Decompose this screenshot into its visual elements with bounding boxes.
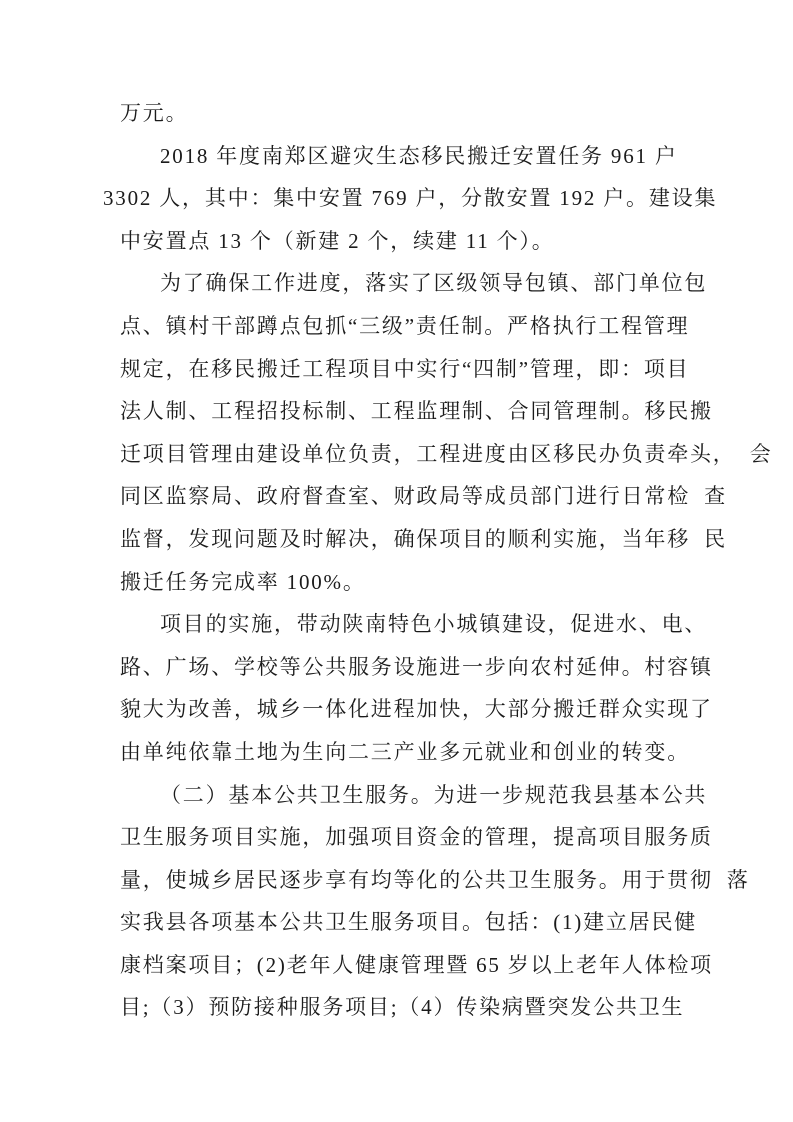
text-line: 中安置点 13 个（新建 2 个，续建 11 个）。 bbox=[120, 220, 793, 263]
text-line: 由单纯依靠土地为生向二三产业多元就业和创业的转变。 bbox=[120, 731, 793, 774]
text-line: 为了确保工作进度，落实了区级领导包镇、部门单位包 bbox=[160, 262, 793, 305]
text-line: 量，使城乡居民逐步享有均等化的公共卫生服务。用于贯彻 落 bbox=[120, 859, 793, 902]
text-line: 卫生服务项目实施，加强项目资金的管理，提高项目服务质 bbox=[120, 816, 793, 859]
text-line: 点、镇村干部蹲点包抓“三级”责任制。严格执行工程管理 bbox=[120, 305, 793, 348]
document-page: 万元。 2018 年度南郑区避灾生态移民搬迁安置任务 961 户 3302 人，… bbox=[0, 0, 793, 1122]
text-line: 监督，发现问题及时解决，确保项目的顺利实施，当年移 民 bbox=[120, 518, 793, 561]
text-line: 万元。 bbox=[120, 92, 793, 135]
text-line: 规定，在移民搬迁工程项目中实行“四制”管理，即：项目 bbox=[120, 348, 793, 391]
text-line: 法人制、工程招投标制、工程监理制、合同管理制。移民搬 bbox=[120, 390, 793, 433]
text-line: 实我县各项基本公共卫生服务项目。包括：(1)建立居民健 bbox=[120, 901, 793, 944]
text-line: 目;（3）预防接种服务项目;（4）传染病暨突发公共卫生 bbox=[120, 986, 793, 1029]
text-line: 2018 年度南郑区避灾生态移民搬迁安置任务 961 户 bbox=[160, 135, 793, 178]
text-line: 搬迁任务完成率 100%。 bbox=[120, 561, 793, 604]
text-line: 3302 人，其中：集中安置 769 户，分散安置 192 户。建设集 bbox=[103, 177, 793, 220]
text-line: 康档案项目；(2)老年人健康管理暨 65 岁以上老年人体检项 bbox=[120, 944, 793, 987]
text-line: 貌大为改善，城乡一体化进程加快，大部分搬迁群众实现了 bbox=[120, 688, 793, 731]
text-line: 项目的实施，带动陕南特色小城镇建设，促进水、电、 bbox=[160, 603, 793, 646]
text-line: 路、广场、学校等公共服务设施进一步向农村延伸。村容镇 bbox=[120, 646, 793, 689]
text-line: 迁项目管理由建设单位负责，工程进度由区移民办负责牵头， 会 bbox=[120, 433, 793, 476]
text-line: （二）基本公共卫生服务。为进一步规范我县基本公共 bbox=[160, 774, 793, 817]
text-line: 同区监察局、政府督查室、财政局等成员部门进行日常检 查 bbox=[120, 475, 793, 518]
